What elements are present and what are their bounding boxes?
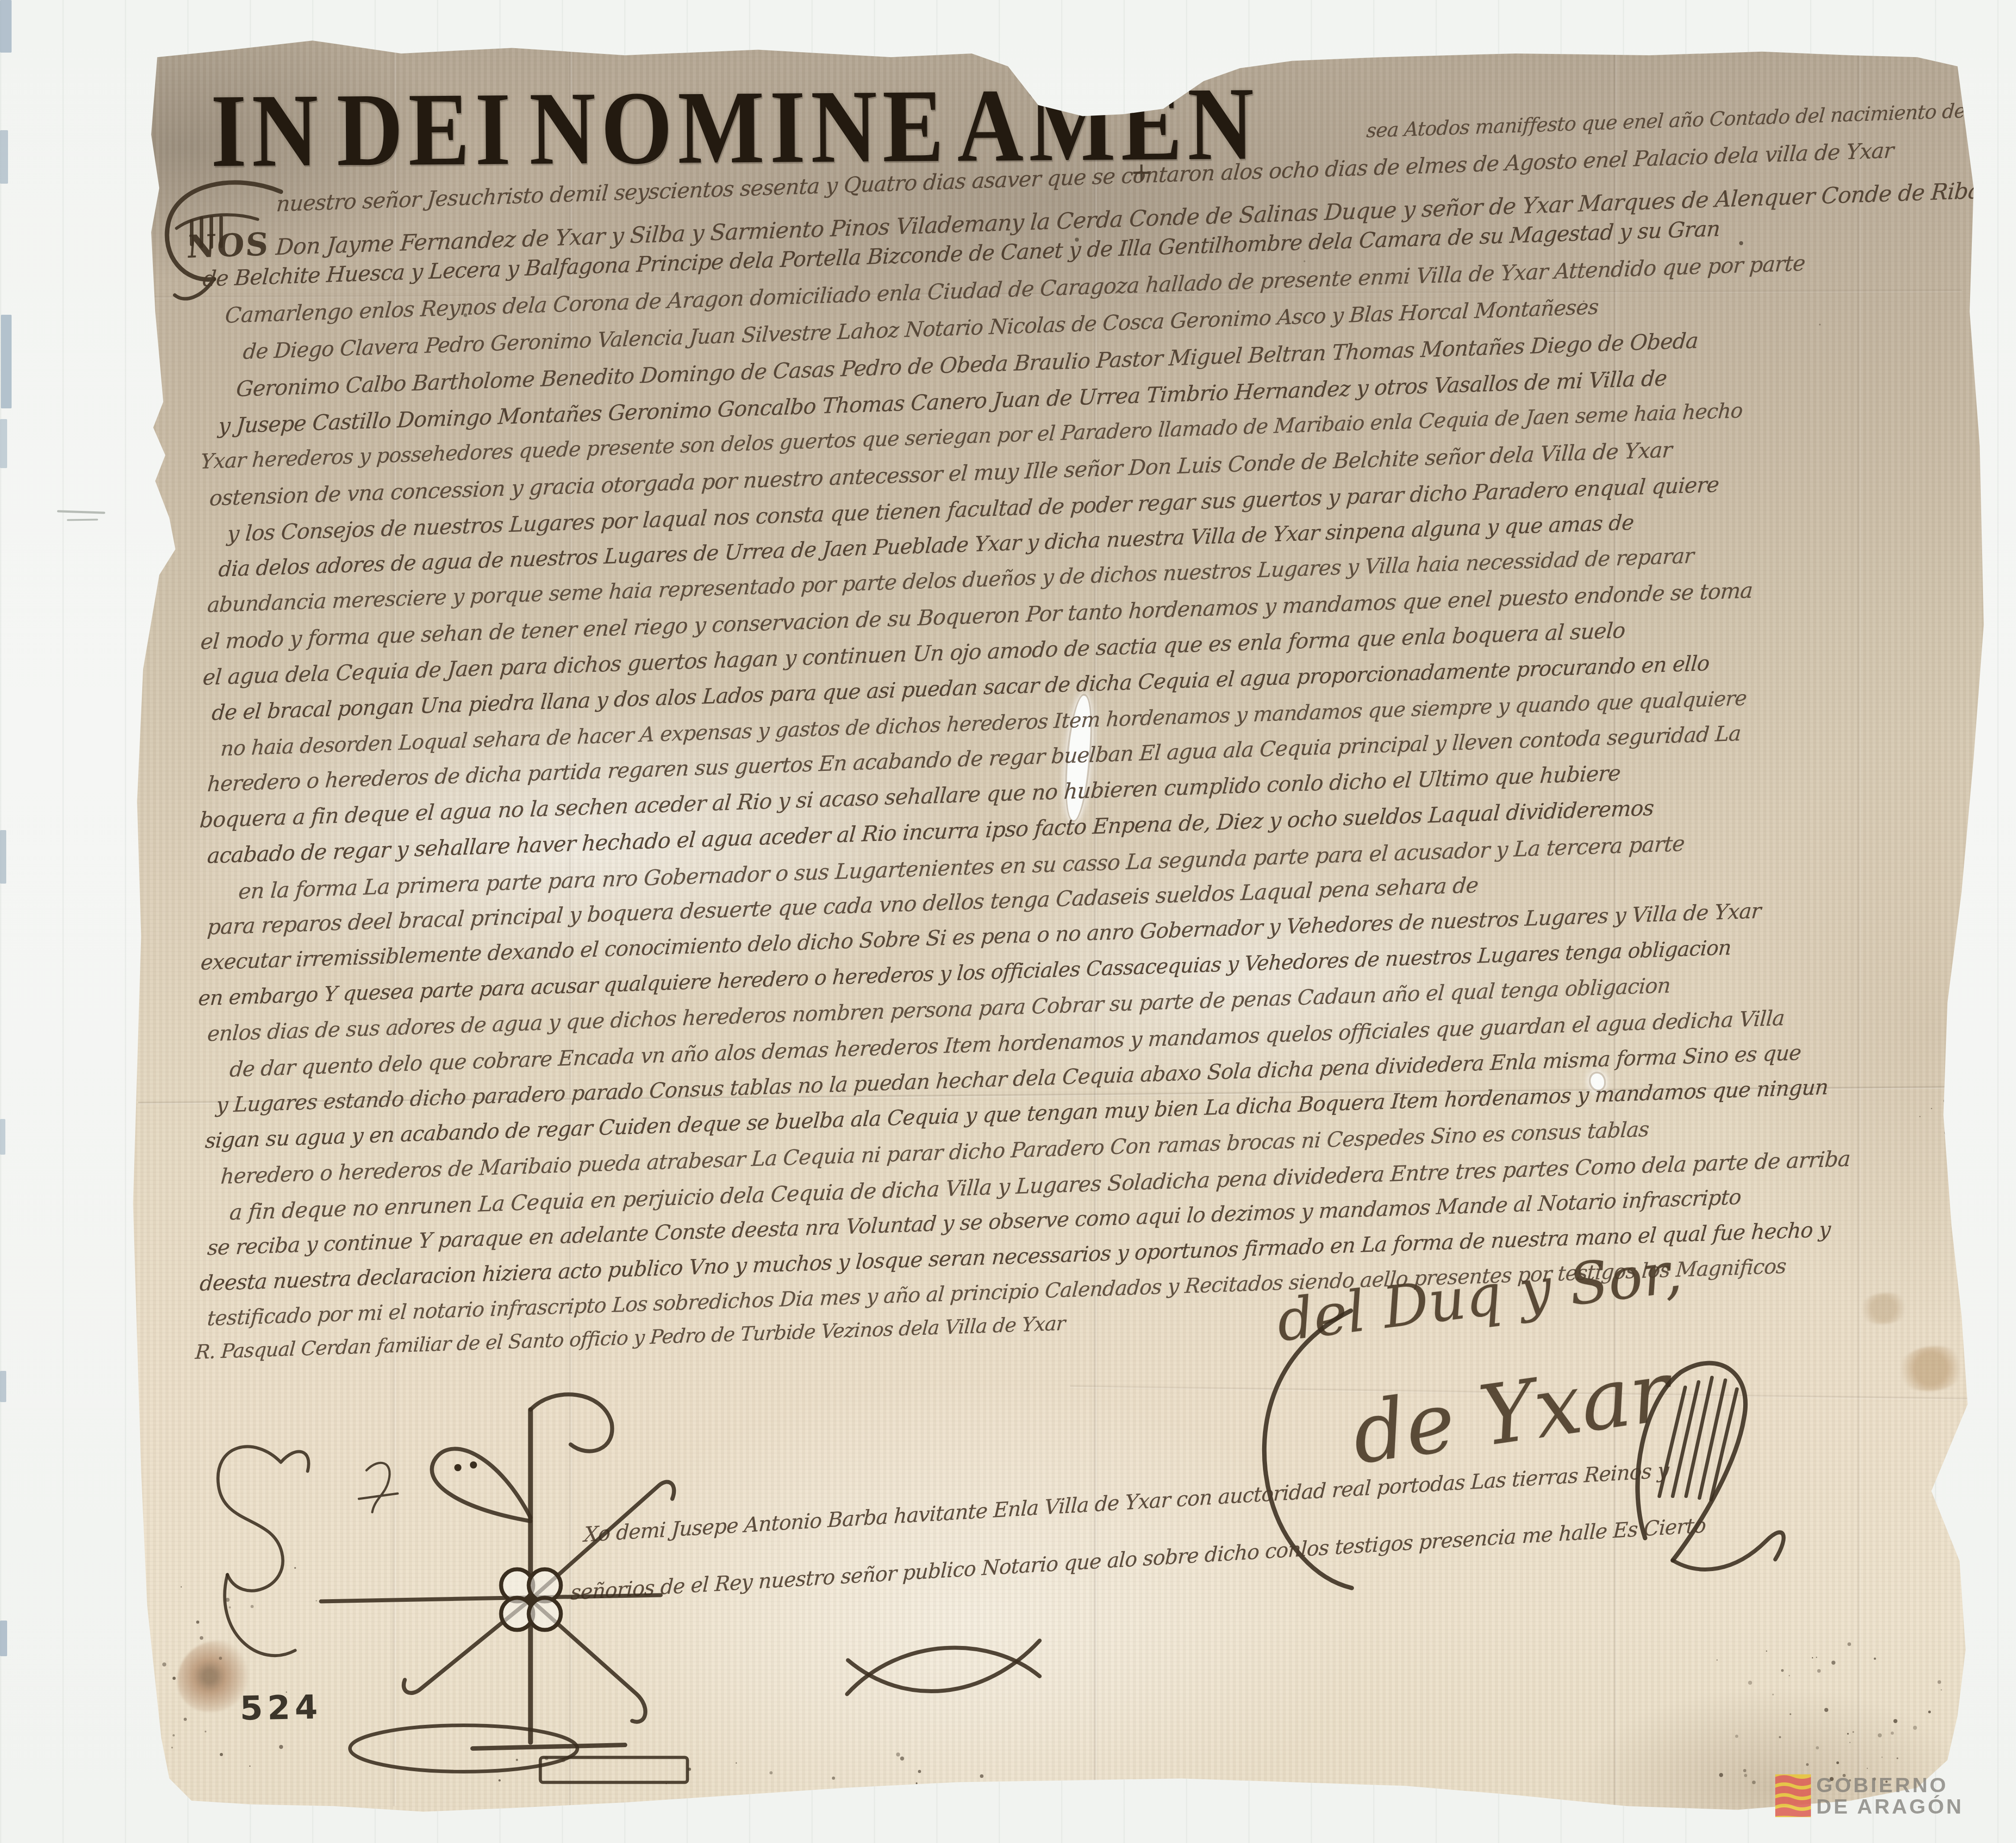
scanner-scratch [67,518,98,521]
ink-speck [1816,1657,1817,1658]
manuscript-line: sea Atodos maniffesto que enel año Conta… [1366,99,1966,142]
scanned-document-page: { "document": { "heading": "IN DEI NOMIN… [0,0,2016,1843]
aragon-flag-logo [1775,1774,1811,1817]
ink-speck [1735,1735,1738,1738]
ink-speck [111,1617,115,1620]
ink-speck [1766,1650,1767,1652]
ink-speck [916,1782,917,1784]
ink-speck [171,1747,173,1748]
gobierno-de-aragon-watermark: GOBIERNO DE ARAGÓN [1775,1774,1964,1817]
ink-speck [1743,1769,1746,1772]
ink-speck [1824,1708,1828,1712]
scanner-edge-artifact [0,1371,6,1402]
ink-speck [1772,1694,1774,1695]
ink-speck [1893,1719,1897,1723]
ink-speck [1931,1108,1932,1109]
ink-speck [1970,1163,1974,1167]
ink-speck [162,1662,166,1666]
ink-speck [1847,1642,1851,1646]
ink-speck [1878,1733,1882,1737]
ink-speck [832,1777,835,1780]
ink-speck [769,1771,773,1774]
ink-speck [1852,1731,1854,1733]
ink-speck [1874,1658,1876,1660]
ink-speck [1304,260,1305,262]
ink-speck [147,1743,150,1746]
ink-speck [1847,1733,1849,1735]
watermark-line2: DE ARAGÓN [1816,1796,1964,1817]
folio-number: 524 [239,1688,322,1728]
scanner-edge-artifact [1,315,12,408]
scanner-edge-artifact [0,0,12,53]
ink-speck [1744,1774,1747,1777]
notarial-sign-drawing [187,1382,687,1792]
ink-speck [1748,1681,1752,1685]
ink-speck [1719,1773,1723,1777]
ink-speck [1739,241,1743,245]
ink-speck [1919,1116,1921,1117]
ink-speck [1928,1711,1931,1713]
ink-speck [117,1717,119,1719]
ink-speck [173,1734,175,1736]
ink-speck [1812,1657,1813,1658]
ink-speck [1867,1768,1868,1769]
ink-speck [1913,1726,1917,1730]
ink-speck [1944,1131,1948,1135]
ink-speck [1974,1132,1976,1135]
ink-speck [896,1752,900,1757]
ink-speck [181,1586,182,1588]
ink-speck [1960,1162,1963,1166]
ink-speck [1881,1757,1883,1758]
ink-speck [123,1640,128,1644]
ink-speck [124,1695,128,1698]
watermark-line1: GOBIERNO [1816,1774,1964,1796]
ink-speck [1806,1763,1809,1766]
ink-speck [1849,1742,1851,1743]
ink-speck [900,1757,904,1761]
ink-speck [128,1730,130,1733]
ink-speck [1752,1781,1756,1784]
scanner-edge-artifact [0,419,7,468]
ink-speck [1941,1689,1942,1691]
parchment-sheet: IN DEI NOMINE AMEN + sea Atodos maniffes… [0,0,2016,1843]
scanner-scratch [57,510,105,514]
ink-speck [1716,1659,1718,1661]
fold-crease [1857,46,1861,1806]
ink-speck [173,1677,176,1680]
ink-speck [1819,324,1821,325]
ink-speck [1836,1761,1839,1764]
ink-speck [918,1770,921,1773]
ink-speck [736,1762,737,1764]
ink-speck [123,1754,127,1757]
ink-speck [1790,1713,1791,1715]
ink-speck [184,1718,187,1721]
ink-speck [1789,1675,1790,1676]
ink-speck [1897,1757,1898,1759]
ink-speck [1816,1746,1819,1749]
ink-speck [1891,1732,1894,1735]
nos-initial: NOS [186,226,271,265]
scanner-edge-artifact [0,1621,7,1656]
tan-stain [1897,1346,1964,1391]
ink-speck [1938,1680,1941,1684]
scanner-edge-artifact [0,830,6,884]
ink-speck [1943,1099,1946,1103]
scanner-edge-artifact [0,1119,5,1155]
ink-speck [1781,1669,1784,1672]
notary-flourish-icon [838,1623,1052,1712]
ink-speck [1817,1669,1821,1673]
tan-stain [1859,1293,1908,1324]
ink-speck [980,1774,983,1778]
ink-speck [1779,1736,1781,1738]
scanner-edge-artifact [0,130,8,184]
ink-speck [1831,1661,1835,1665]
